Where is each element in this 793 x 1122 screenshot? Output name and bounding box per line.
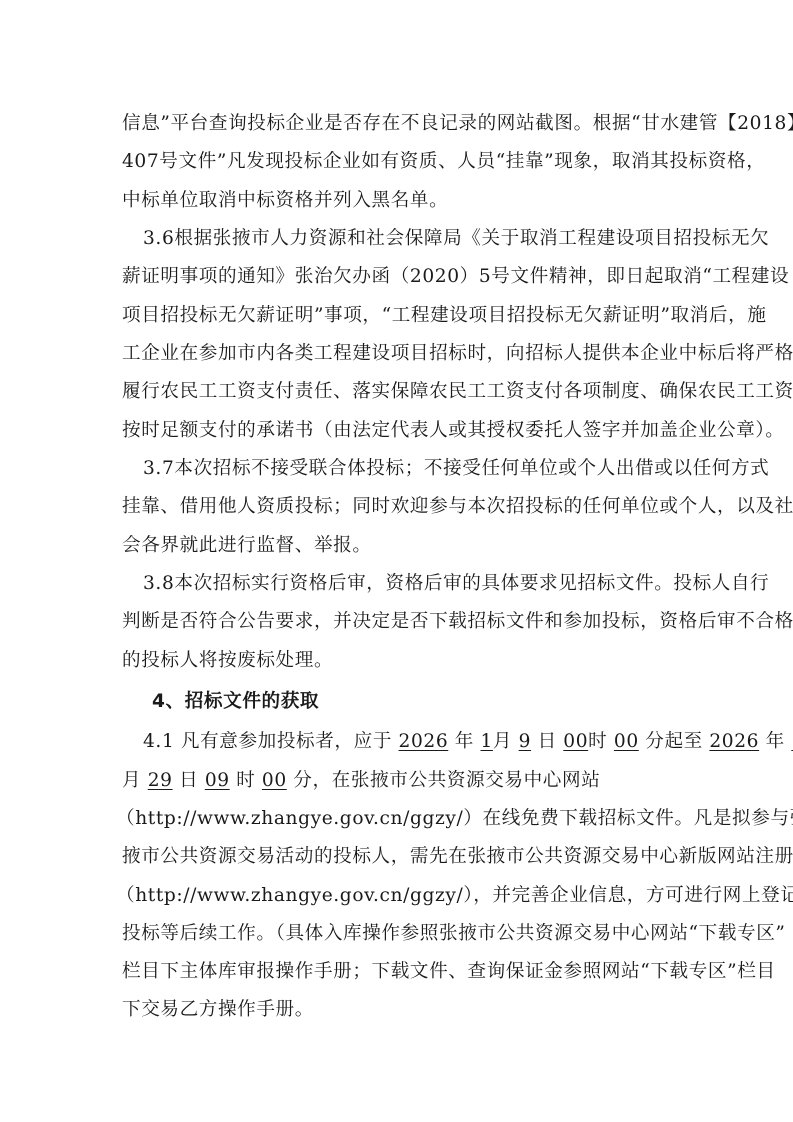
end-day: 29	[148, 770, 173, 791]
text: 月	[122, 770, 148, 791]
text: 时	[230, 770, 262, 791]
paragraph-line: （http://www.zhangye.gov.cn/ggzy/），并完善企业信…	[116, 883, 670, 909]
paragraph-line: 栏目下主体库审报操作手册；下载文件、查询保证金参照网站“下载专区”栏目	[122, 959, 676, 985]
paragraph-line: 会各界就此进行监督、举报。	[122, 533, 676, 559]
text: 分起至	[639, 731, 710, 752]
clause-3-8: 3.8本次招标实行资格后审，资格后审的具体要求见招标文件。投标人自行	[143, 571, 676, 597]
paragraph-line: 判断是否符合公告要求，并决定是否下载招标文件和参加投标，资格后审不合格	[122, 609, 676, 635]
paragraph-line: （http://www.zhangye.gov.cn/ggzy/）在线免费下载招…	[116, 806, 670, 832]
paragraph-line: 中标单位取消中标资格并列入黑名单。	[122, 188, 676, 214]
start-year: 2026	[399, 731, 449, 752]
paragraph-line: 薪证明事项的通知》张治欠办函（2020）5号文件精神，即日起取消“工程建设	[122, 264, 676, 290]
paragraph-line: 投标等后续工作。（具体入库操作参照张掖市公共资源交易中心网站“下载专区”	[122, 921, 676, 947]
paragraph-line: 掖市公共资源交易活动的投标人，需先在张掖市公共资源交易中心新版网站注册	[122, 844, 676, 870]
clause-3-7: 3.7本次招标不接受联合体投标；不接受任何单位或个人出借或以任何方式	[143, 456, 676, 482]
paragraph-line: 月 29 日 09 时 00 分，在张掖市公共资源交易中心网站	[122, 768, 676, 794]
paragraph-line: 履行农民工工资支付责任、落实保障农民工工资支付各项制度、确保农民工工资	[122, 379, 676, 405]
section-4-heading: 4、招标文件的获取	[152, 689, 706, 715]
text: 时	[588, 731, 614, 752]
start-day: 9	[519, 731, 531, 752]
end-year: 2026	[709, 731, 759, 752]
end-minute: 00	[262, 770, 287, 791]
paragraph-line: 407号文件”凡发现投标企业如有资质、人员“挂靠”现象，取消其投标资格，	[122, 149, 676, 175]
text: 年	[448, 731, 480, 752]
text: 4.1 凡有意参加投标者，应于	[143, 731, 399, 752]
paragraph-line: 的投标人将按废标处理。	[122, 648, 676, 674]
paragraph-line: 挂靠、借用他人资质投标；同时欢迎参与本次招投标的任何单位或个人，以及社	[122, 494, 676, 520]
paragraph-line: 项目招投标无欠薪证明”事项，“工程建设项目招投标无欠薪证明”取消后，施	[122, 303, 676, 329]
text: 日	[173, 770, 205, 791]
clause-4-1: 4.1 凡有意参加投标者，应于 2026 年 1月 9 日 00时 00 分起至…	[143, 729, 676, 755]
text: 日	[531, 731, 563, 752]
paragraph-line: 工企业在参加市内各类工程建设项目招标时，向招标人提供本企业中标后将严格	[122, 341, 676, 367]
start-minute: 00	[614, 731, 639, 752]
text: 年	[759, 731, 791, 752]
end-hour: 09	[205, 770, 230, 791]
start-month: 1	[480, 731, 492, 752]
paragraph-line: 按时足额支付的承诺书（由法定代表人或其授权委托人签字并加盖企业公章）。	[122, 418, 676, 444]
paragraph-line: 信息”平台查询投标企业是否存在不良记录的网站截图。根据“甘水建管【2018】	[122, 111, 676, 137]
clause-3-6: 3.6根据张掖市人力资源和社会保障局《关于取消工程建设项目招投标无欠	[143, 226, 676, 252]
start-hour: 00	[563, 731, 588, 752]
text: 分，在张掖市公共资源交易中心网站	[287, 770, 601, 791]
text: 月	[493, 731, 519, 752]
paragraph-line: 下交易乙方操作手册。	[122, 997, 676, 1023]
